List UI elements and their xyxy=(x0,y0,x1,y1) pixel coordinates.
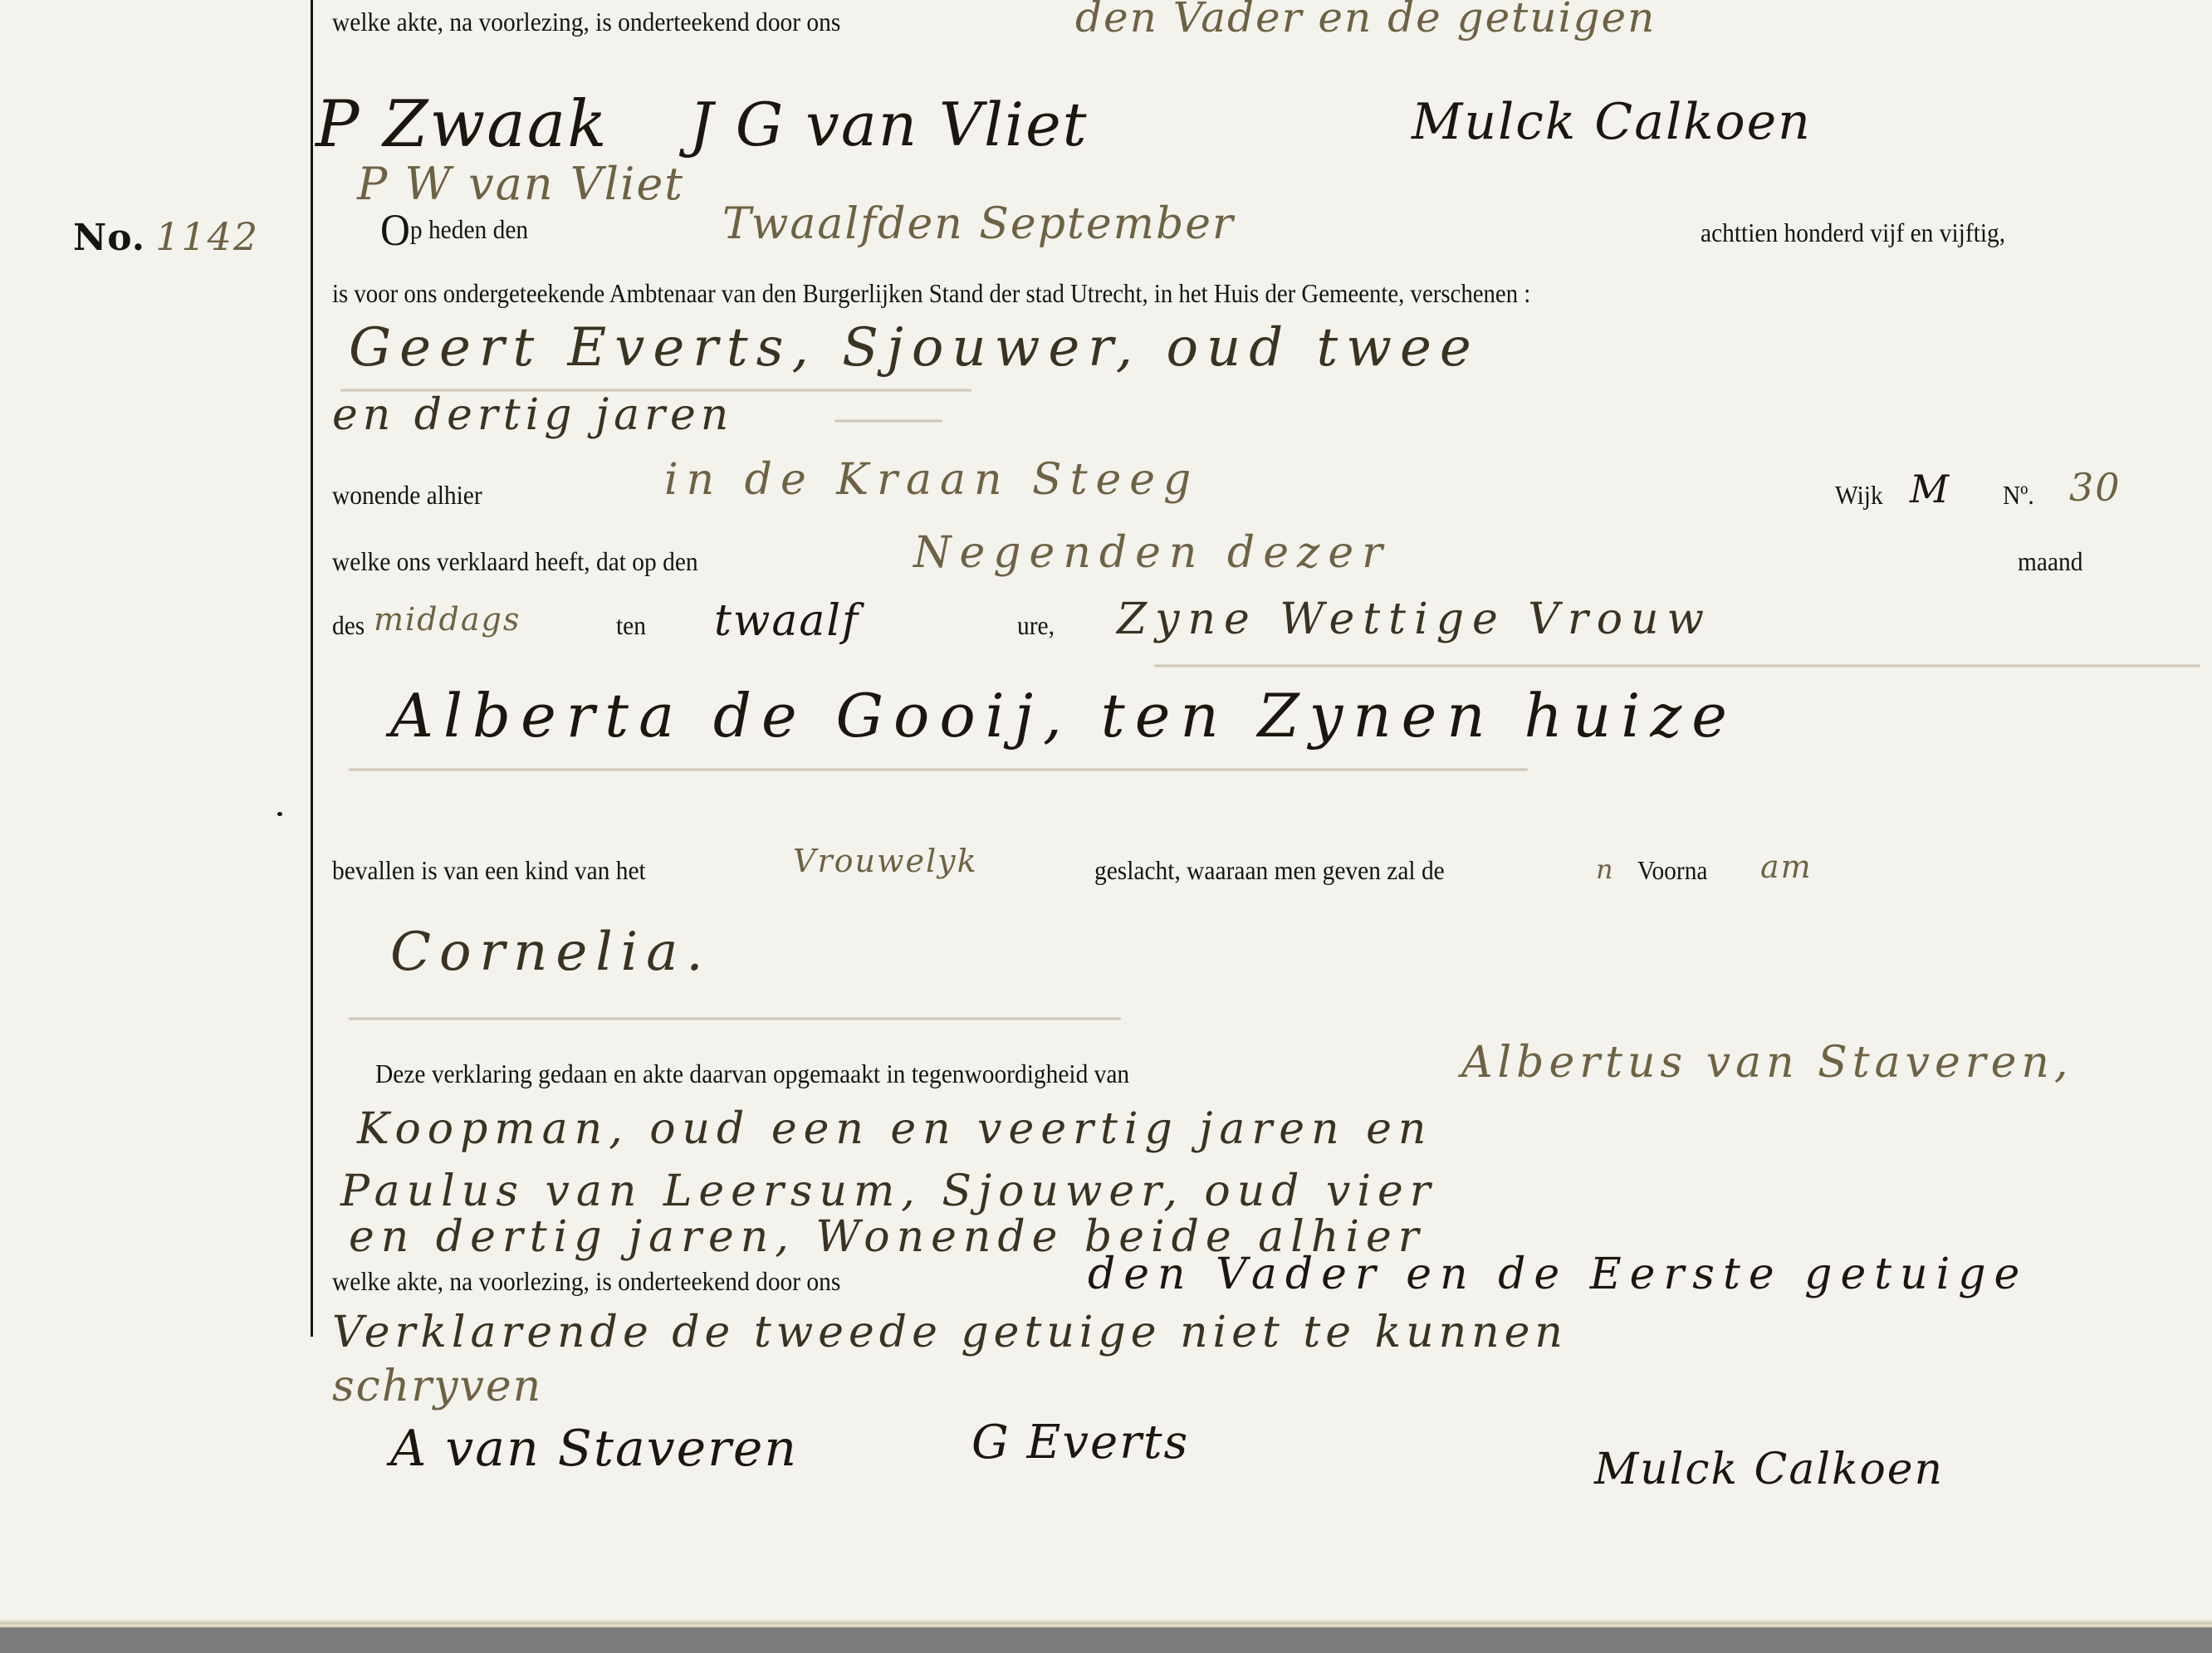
signature-father: G Everts xyxy=(971,1416,1189,1470)
witness-fill-3: Paulus van Leersum, Sjouwer, oud vier xyxy=(340,1166,1437,1216)
record-number-value: 1142 xyxy=(155,214,259,259)
margin-rule xyxy=(311,0,313,1337)
time-prefix: des xyxy=(332,610,365,641)
residence-label: wonende alhier xyxy=(332,480,482,511)
voornamen-label: Voorna xyxy=(1637,855,1707,886)
signature-jg-van-vliet: J G van Vliet xyxy=(689,90,1089,159)
record-number: No. 1142 xyxy=(73,214,259,259)
mother-fill: Alberta de Gooij, ten Zynen huize xyxy=(390,681,1737,751)
prev-closing-text: welke akte, na voorlezing, is onderteeke… xyxy=(332,7,840,37)
birth-middle: geslacht, waaraan men geven zal de xyxy=(1094,855,1445,886)
house-no-fill: 30 xyxy=(2069,465,2121,510)
signature-official: Mulck Calkoen xyxy=(1594,1445,1944,1494)
ruled-line xyxy=(834,419,942,423)
ink-dot xyxy=(277,812,282,816)
opening-drop-cap: O xyxy=(380,205,410,255)
witness-fill-2: Koopman, oud een en veertig jaren en xyxy=(357,1104,1432,1154)
hour-fill: twaalf xyxy=(714,596,859,646)
record-number-label: No. xyxy=(73,217,145,259)
witnesses-label: Deze verklaring gedaan en akte daarvan o… xyxy=(375,1059,1129,1089)
opening-text: p heden den xyxy=(410,214,528,244)
declarant-fill-2: en dertig jaren xyxy=(332,390,733,440)
wife-fill: Zyne Wettige Vrouw xyxy=(1117,594,1712,644)
declarant-fill-1: Geert Everts, Sjouwer, oud twee xyxy=(349,317,1480,379)
opening-line: Op heden den xyxy=(380,208,528,252)
ruled-line xyxy=(349,1017,1121,1020)
de-fill: n xyxy=(1596,853,1615,885)
house-no-label: Nº. xyxy=(2003,480,2034,511)
scan-backdrop xyxy=(0,1629,2212,1653)
wijk-label: Wijk xyxy=(1835,480,1883,511)
ruled-line xyxy=(349,768,1528,771)
closing-label: welke akte, na voorlezing, is onderteeke… xyxy=(332,1266,840,1297)
signature-pw-van-vliet: P W van Vliet xyxy=(357,158,684,210)
date-fill: Twaalfden September xyxy=(722,199,1235,249)
document-page: welke akte, na voorlezing, is onderteeke… xyxy=(0,0,2212,1629)
birth-prefix: bevallen is van een kind van het xyxy=(332,855,646,886)
signature-official-prev: Mulck Calkoen xyxy=(1412,93,1812,151)
prev-closing-line: welke akte, na voorlezing, is onderteeke… xyxy=(332,7,840,37)
wijk-fill: M xyxy=(1910,467,1950,511)
month-label: maand xyxy=(2018,546,2082,577)
sex-fill: Vrouwelyk xyxy=(793,843,978,879)
child-name-fill: Cornelia. xyxy=(390,922,712,983)
residence-fill: in de Kraan Steeg xyxy=(664,455,1199,505)
voornamen-fill: am xyxy=(1760,849,1813,885)
declaration-label: welke ons verklaard heeft, dat op den xyxy=(332,546,698,577)
appearance-line: is voor ons ondergeteekende Ambtenaar va… xyxy=(332,278,1530,309)
ten-label: ten xyxy=(616,610,646,641)
witness-fill-1: Albertus van Staveren, xyxy=(1461,1038,2073,1088)
signature-zwaak: P Zwaak xyxy=(316,87,609,162)
year-text: achttien honderd vijf en vijftig, xyxy=(1701,218,2005,248)
signature-witness: A van Staveren xyxy=(390,1420,798,1478)
ruled-line xyxy=(1154,664,2200,668)
prev-closing-fill: den Vader en de getuigen xyxy=(1075,0,1656,42)
closing-fill-3: schryven xyxy=(332,1362,542,1411)
day-fill: Negenden dezer xyxy=(913,528,1391,578)
ure-label: ure, xyxy=(1017,610,1055,641)
closing-fill-1: den Vader en de Eerste getuige xyxy=(1088,1250,2028,1299)
part-of-day-fill: middags xyxy=(374,601,521,638)
closing-fill-2: Verklarende de tweede getuige niet te ku… xyxy=(332,1308,1568,1357)
